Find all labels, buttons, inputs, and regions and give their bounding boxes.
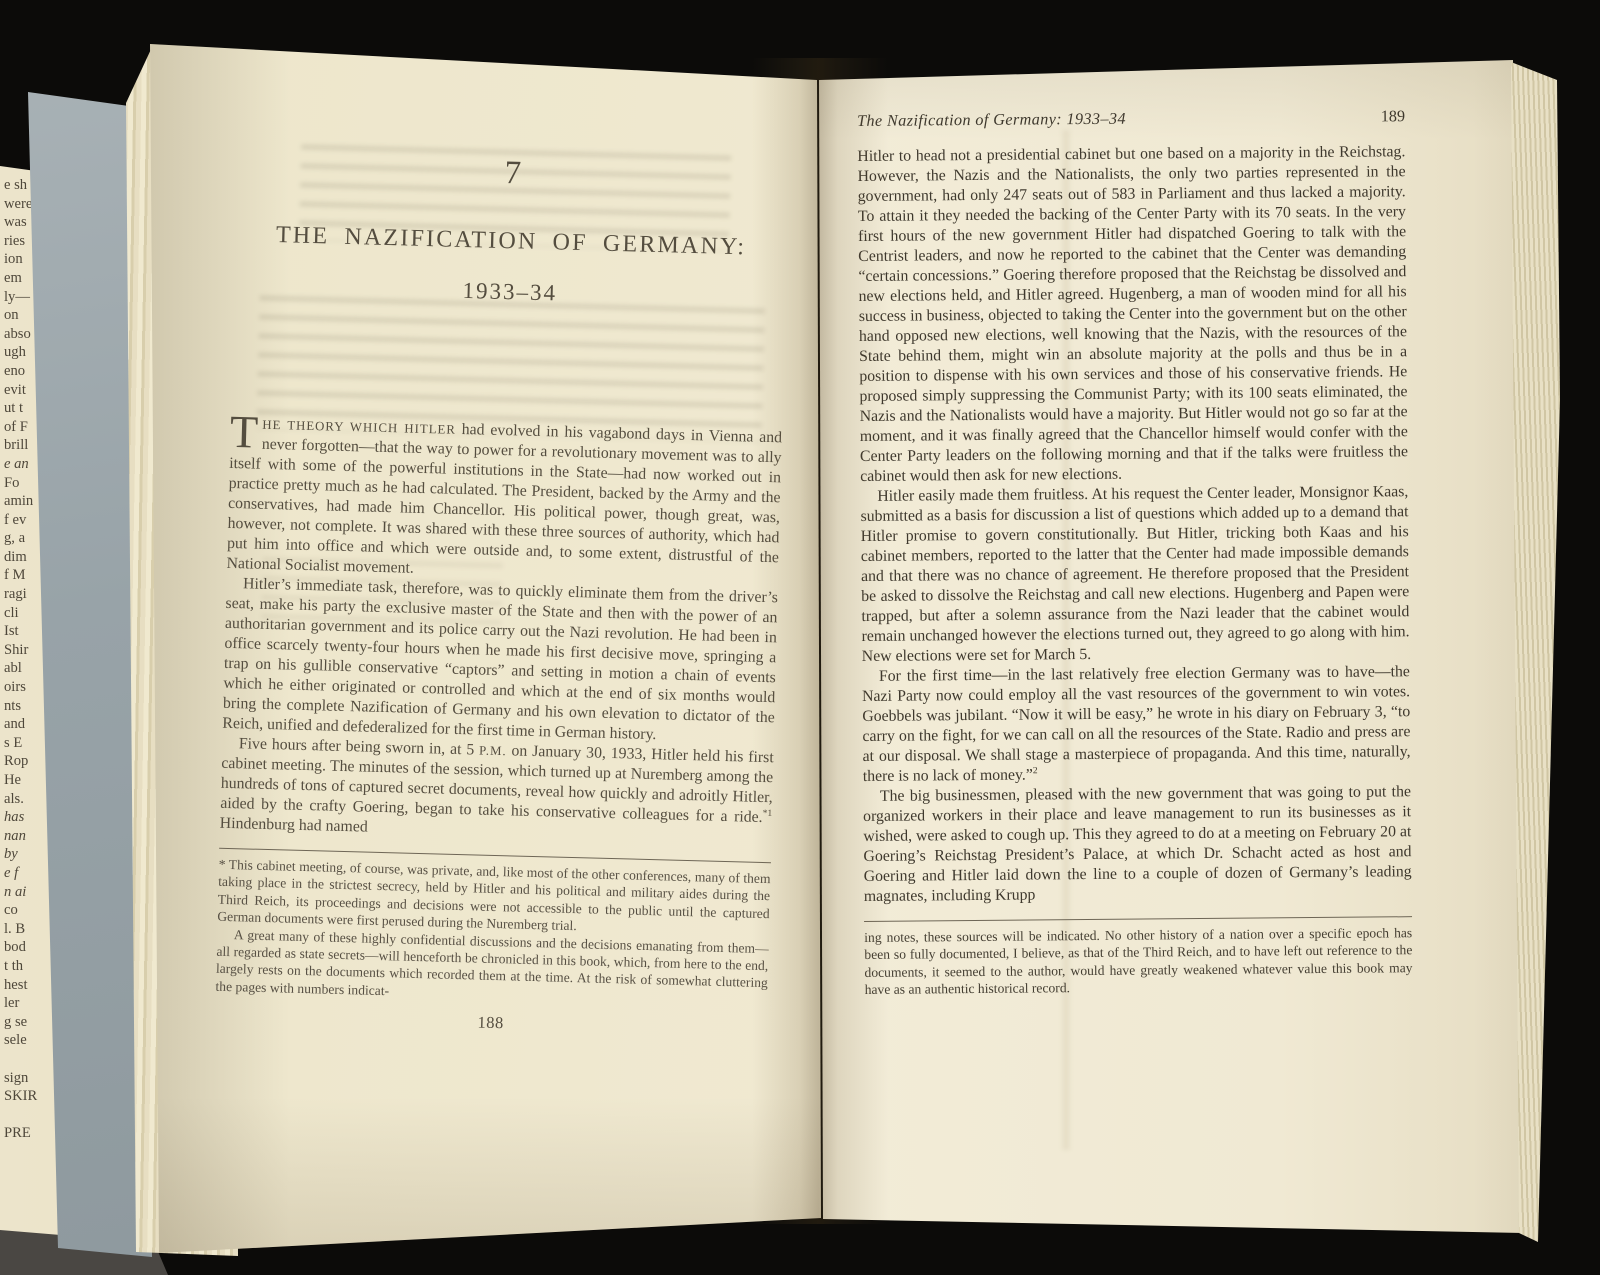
paragraph-text: Five hours after being sworn in, at 5 <box>239 735 480 758</box>
footnote-marker: *1 <box>763 809 773 819</box>
paragraph-3: For the first time—in the last relativel… <box>862 662 1411 787</box>
footnote-marker: 2 <box>1033 766 1038 776</box>
paragraph-1: Hitler to head not a presidential cabine… <box>857 142 1408 487</box>
paragraph-2: Hitler’s immediate task, therefore, was … <box>222 574 778 748</box>
paragraph-1: THE THEORY WHICH HITLER had evolved in h… <box>226 414 782 588</box>
right-page-content: The Nazification of Germany: 1933–34 189… <box>857 107 1413 998</box>
small-caps-lead: HE THEORY WHICH HITLER <box>262 418 456 437</box>
footnote-paragraph: ing notes, these sources will be indicat… <box>864 924 1413 998</box>
drop-cap: T <box>230 414 263 450</box>
paragraph-2: Hitler easily made them fruitless. At hi… <box>860 482 1410 667</box>
open-book-photo: e shwerewasriesionemly—onabsoughenoevitu… <box>0 0 1600 1275</box>
running-header-title: The Nazification of Germany: 1933–34 <box>857 110 1126 131</box>
page-number-right: 189 <box>1381 107 1405 126</box>
chapter-number: 7 <box>237 148 790 199</box>
paragraph-text: Hindenburg had named <box>220 815 368 836</box>
small-caps-pm: P.M. <box>479 744 507 759</box>
chapter-subtitle: 1933–34 <box>234 272 786 312</box>
chapter-title: THE NAZIFICATION OF GERMANY: <box>235 221 788 262</box>
running-header: The Nazification of Germany: 1933–34 189 <box>857 107 1405 131</box>
paragraph-text: had evolved in his vagabond days in Vien… <box>226 421 782 577</box>
footnote-paragraph-2: A great many of these highly confidentia… <box>215 925 769 1009</box>
left-page-content: 7 THE NAZIFICATION OF GERMANY: 1933–34 T… <box>214 128 789 1040</box>
paragraph-3: Five hours after being sworn in, at 5 P.… <box>220 734 774 848</box>
footnote-rule <box>864 916 1412 922</box>
paragraph-4: The big businessmen, pleased with the ne… <box>863 782 1412 907</box>
paragraph-text: For the first time—in the last relativel… <box>862 663 1411 785</box>
